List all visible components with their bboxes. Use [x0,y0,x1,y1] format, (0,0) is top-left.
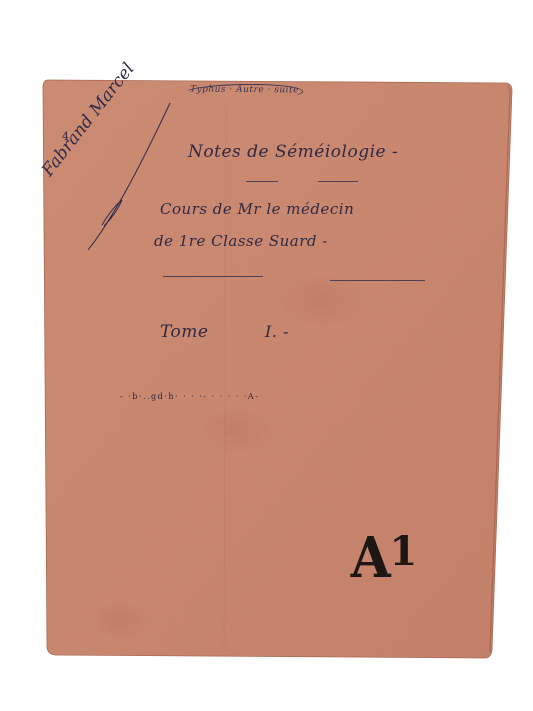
title-underline-left [246,181,278,182]
title-underline-right [318,181,358,182]
top-note: Typhus · Autre · suite [190,85,299,96]
a1-stamp: A1 [349,530,417,586]
paper-sheet [0,0,533,711]
dotted-annotation: - ·b·..gd·h· · · ·- · · · · ·A- [120,392,259,401]
course-rule-right [330,280,425,281]
notebook-cover: Typhus · Autre · suite 4 Fabrand Marcel … [0,0,533,711]
course-rule-left [163,276,263,277]
tome-label: Tome [160,322,208,342]
cover-title: Notes de Séméiologie - [188,142,398,162]
course-line-2: de 1re Classe Suard - [154,232,328,250]
tome-number: I. - [265,322,289,341]
course-line-1: Cours de Mr le médecin [160,200,354,218]
stamp-digit: 1 [389,532,417,572]
stamp-letter: A [351,530,391,586]
